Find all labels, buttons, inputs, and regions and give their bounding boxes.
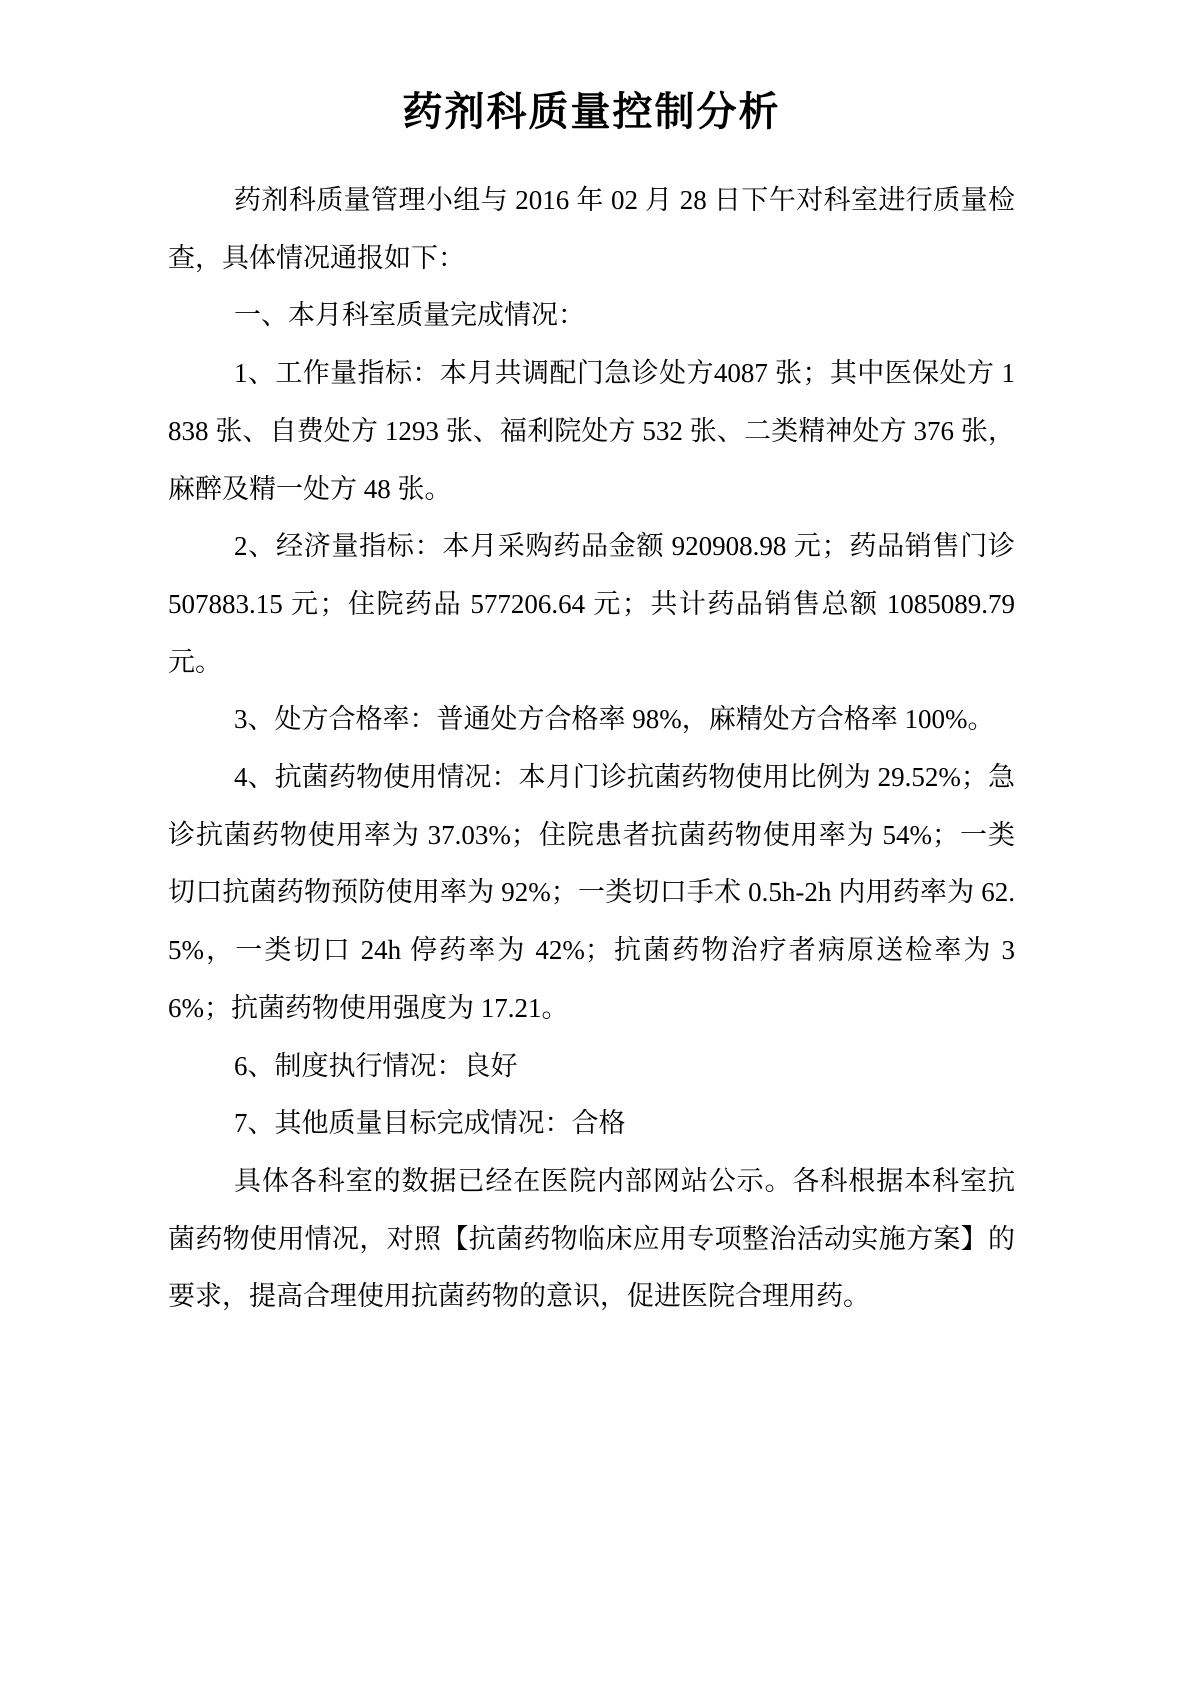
paragraph-closing: 具体各科室的数据已经在医院内部网站公示。各科根据本科室抗菌药物使用情况，对照【抗…	[168, 1153, 1015, 1326]
item-6-system-execution: 6、制度执行情况：良好	[168, 1038, 1015, 1096]
section-heading-monthly-quality: 一、本月科室质量完成情况：	[168, 287, 1015, 345]
document-page: 药剂科质量控制分析 药剂科质量管理小组与 2016 年 02 月 28 日下午对…	[0, 0, 1189, 1682]
item-7-other-quality-targets: 7、其他质量目标完成情况：合格	[168, 1095, 1015, 1153]
item-2-economic-indicators: 2、经济量指标：本月采购药品金额 920908.98 元；药品销售门诊 5078…	[168, 518, 1015, 691]
item-1-workload-indicators: 1、工作量指标：本月共调配门急诊处方4087 张；其中医保处方 1838 张、自…	[168, 345, 1015, 518]
item-3-prescription-pass-rate: 3、处方合格率：普通处方合格率 98%，麻精处方合格率 100%。	[168, 691, 1015, 749]
paragraph-intro: 药剂科质量管理小组与 2016 年 02 月 28 日下午对科室进行质量检查，具…	[168, 172, 1015, 287]
document-title: 药剂科质量控制分析	[168, 84, 1015, 140]
item-4-antibacterial-usage: 4、抗菌药物使用情况：本月门诊抗菌药物使用比例为 29.52%；急诊抗菌药物使用…	[168, 749, 1015, 1038]
